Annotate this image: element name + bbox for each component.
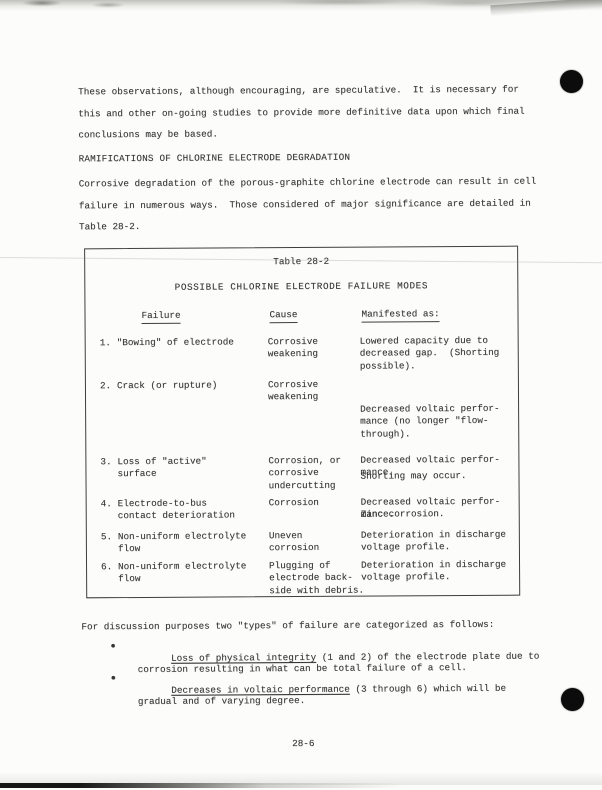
row-number: 6. [101,561,118,598]
cause-cell: Corrosion, or corrosive undercutting [268,455,360,493]
scan-bottom-edge [0,783,460,788]
bullet-lead-underlined: Decreases in voltaic performance [171,683,350,695]
cause-cell: Plugging of electrode back- side with de… [269,560,361,598]
failure-cell: "Bowing" of electrode [117,336,268,374]
row-number: 5. [101,531,118,556]
page-content: These observations, although encouraging… [0,0,602,790]
document-page: These observations, although encouraging… [0,0,602,790]
table-row-4: 4. Electrode-to-bus contact deterioratio… [87,496,519,523]
bullet-icon: ● [111,641,116,653]
cause-cell: Corrosive weakening [268,336,360,374]
intro-paragraph: These observations, although encouraging… [78,79,525,146]
cause-cell: Uneven corrosion [269,530,361,555]
table-row-1: 1. "Bowing" of electrode Corrosive weake… [86,335,518,375]
row-number: 3. [100,456,117,493]
failure-cell: Loss of "active" surface [117,455,268,493]
column-header-manifested: Manifested as: [361,308,439,322]
table-row-6: 6. Non-uniform electrolyte flow Plugging… [87,559,519,599]
manifested-cell: Deterioration in discharge voltage profi… [361,529,519,555]
column-header-failure: Failure [141,310,180,324]
failure-cell: Electrode-to-bus contact deterioration [118,497,269,523]
bullet-lead-underlined: Loss of physical integrity [171,652,316,664]
manifested-cell: Decreased voltaic perfor- mance. [360,454,518,492]
failure-cell: Non-uniform electrolyte flow [118,560,269,598]
manifested-cell: Decreased voltaic perfor- mance. [361,496,519,522]
punch-hole-dot-bottom [561,688,584,711]
bullet-icon: ● [111,673,116,685]
table-header-row: Failure Cause Manifested as: [85,308,517,325]
section-heading: RAMIFICATIONS OF CHLORINE ELECTRODE DEGR… [78,147,350,170]
table-28-2: Table 28-2 POSSIBLE CHLORINE ELECTRODE F… [84,246,520,599]
discussion-intro: For discussion purposes two "types" of f… [81,614,494,638]
column-header-cause: Cause [269,309,297,323]
row-number: 4. [101,498,118,523]
table-subtitle: POSSIBLE CHLORINE ELECTRODE FAILURE MODE… [85,280,517,294]
failure-cell: Non-uniform electrolyte flow [118,530,269,556]
table-row-3: 3. Loss of "active" surface Corrosion, o… [86,454,518,494]
manifested-cell: Deterioration in discharge voltage profi… [361,559,519,597]
manifested-paragraph: Decreased voltaic perfor- mance (no long… [360,402,518,440]
punch-hole-dot-top [560,70,583,93]
bullet-item-2: ●Decreases in voltaic performance (3 thr… [110,671,507,720]
manifested-cell: Lowered capacity due to decreased gap. (… [360,335,518,373]
body-paragraph: Corrosive degradation of the porous-grap… [79,171,537,238]
row-number: 1. [100,337,117,374]
cause-cell: Corrosion [269,497,361,522]
table-row-5: 5. Non-uniform electrolyte flow Uneven c… [87,529,519,556]
page-number: 28-6 [292,738,314,749]
